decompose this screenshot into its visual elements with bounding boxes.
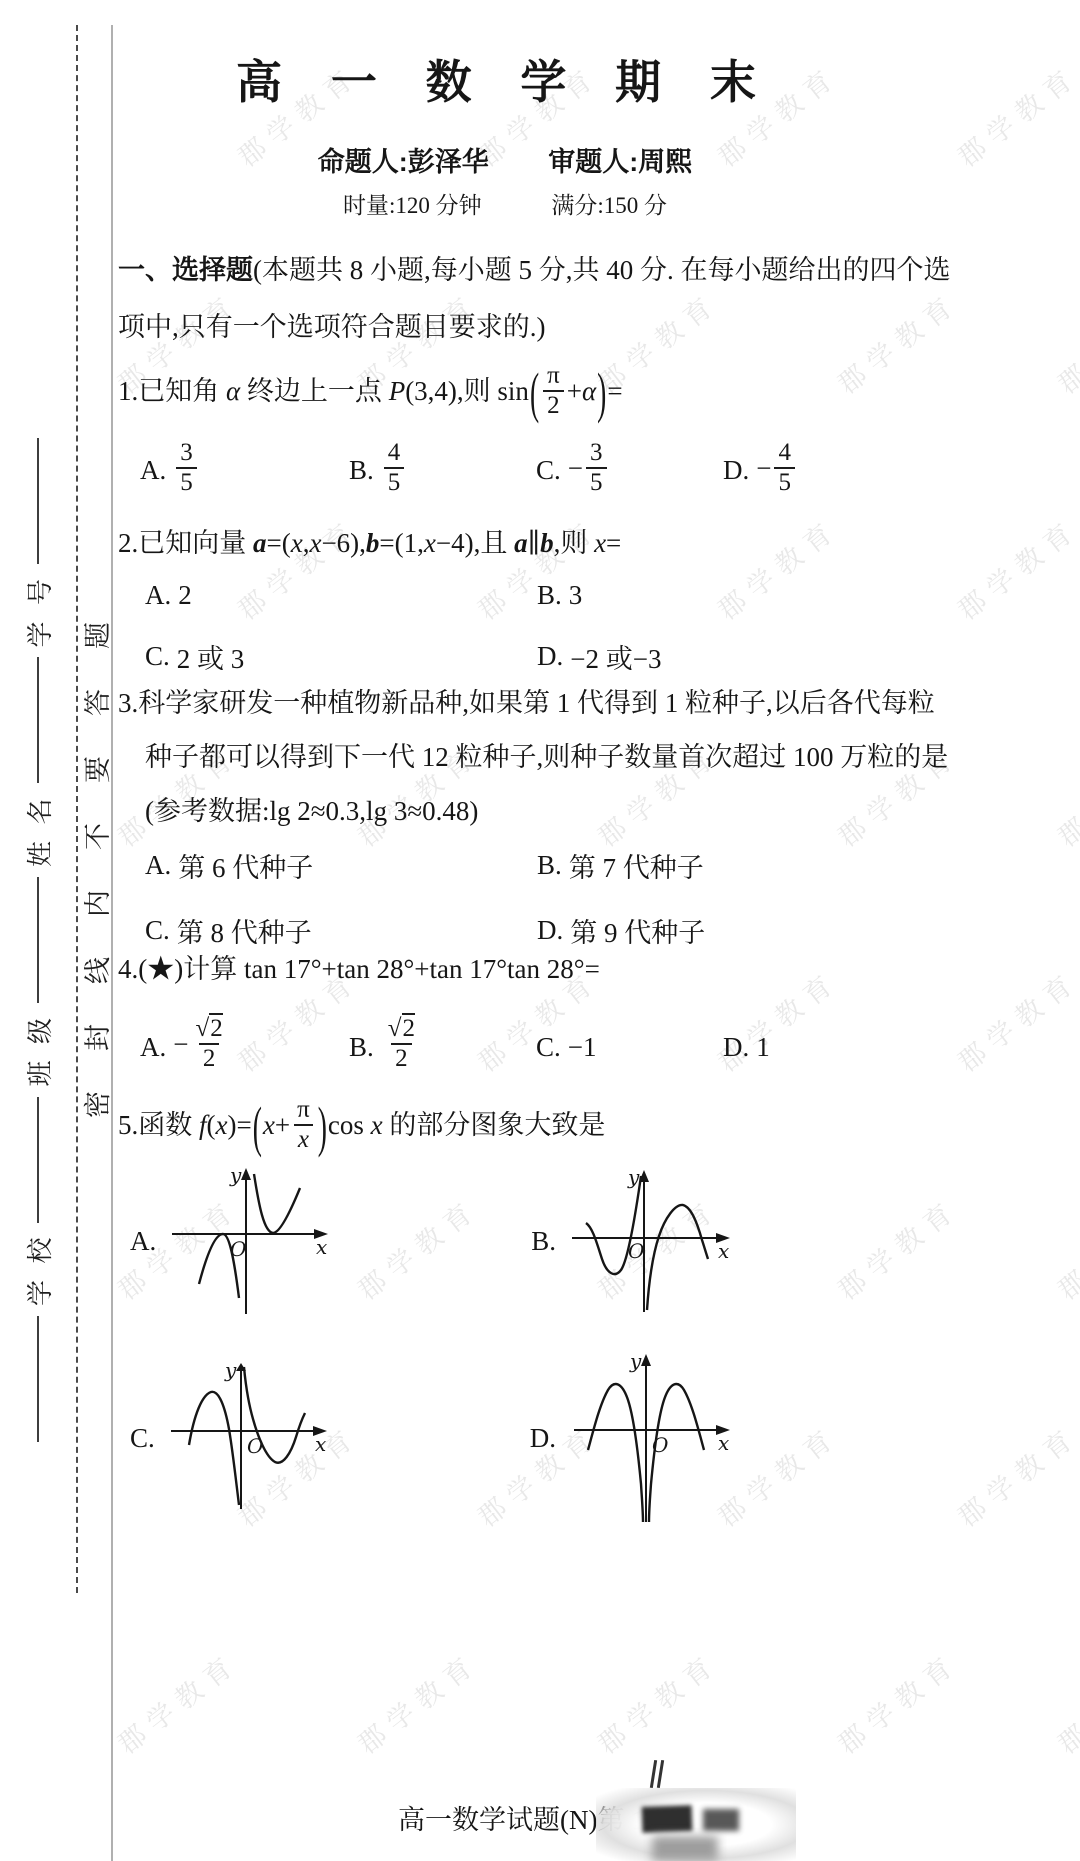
question-2-stem: 2.已知向量 a=(x,x−6),b=(1,x−4),且 a∥b,则 x=: [118, 520, 984, 566]
watermark-text: 郡学教育: [948, 1415, 1080, 1534]
question-3-line3: (参考数据:lg 2≈0.3,lg 3≈0.48): [118, 784, 984, 838]
svg-text:O: O: [247, 1434, 263, 1458]
question-3-line2: 种子都可以得到下一代 12 粒种子,则种子数量首次超过 100 万粒的是: [118, 730, 984, 784]
graph-c-plot: y x O: [165, 1363, 340, 1513]
exam-authors: 命题人:彭泽华 审题人:周熙: [0, 140, 1010, 179]
q1-option-b: B.45: [349, 442, 536, 500]
scan-tick-mark-2: [657, 1760, 664, 1788]
watermark-text: 郡学教育: [588, 1642, 725, 1761]
scan-gray-smear: [652, 1836, 718, 1861]
svg-text:y: y: [224, 1363, 237, 1382]
q4-option-d: D.1: [723, 1032, 984, 1063]
svg-text:x: x: [718, 1431, 729, 1455]
graph-b-plot: y x O: [566, 1166, 741, 1316]
q3-option-a: A.第 6 代种子: [145, 846, 537, 885]
svg-text:x: x: [315, 1432, 326, 1456]
q1-option-d: D.−45: [723, 442, 984, 500]
scan-tick-mark: [650, 1760, 657, 1788]
question-5: 5.函数 f(x)=(x+πx)cos x 的部分图象大致是: [118, 1086, 984, 1166]
q1-option-a: A.35: [140, 442, 349, 500]
student-info-field-label: 班 级: [20, 1013, 57, 1087]
q5-graph-option-b: B. y x O: [531, 1166, 741, 1316]
question-4-options: A.−√22 B.√22 C.−1 D.1: [118, 1018, 984, 1076]
page-title: 高 一 数 学 期 末: [0, 46, 1010, 112]
svg-text:y: y: [627, 1166, 640, 1189]
svg-text:y: y: [229, 1166, 242, 1187]
watermark-text: 郡学教育: [1048, 1188, 1080, 1307]
exam-meta: 时量:120 分钟 满分:150 分: [0, 187, 1010, 220]
watermark-text: 郡学教育: [1048, 735, 1080, 854]
scan-ink-mark-2: [703, 1809, 739, 1831]
student-info-fields: 学 校班 级姓 名学 号: [20, 300, 56, 1580]
question-1: 1.已知角 α 终边上一点 P(3,4),则 sin(π2+α)= A.35 B…: [118, 352, 984, 500]
reviewer-label: 审题人:周熙: [548, 147, 692, 177]
q2-option-b: B.3: [537, 580, 984, 611]
question-3-options: A.第 6 代种子 B.第 7 代种子 C.第 8 代种子 D.第 9 代种子: [118, 846, 984, 950]
student-info-field-label: 学 号: [20, 574, 57, 648]
watermark-text: 郡学教育: [1048, 1642, 1080, 1761]
q5-graph-option-a: A. y x O: [130, 1166, 341, 1316]
q2-option-c: C.2 或 3: [145, 637, 537, 676]
duration-label: 时量:120 分钟: [343, 193, 482, 218]
score-label: 满分:150 分: [551, 193, 667, 218]
student-info-field-label: 学 校: [20, 1233, 57, 1307]
section-heading-line2: 项中,只有一个选项符合题目要求的.): [118, 299, 984, 356]
question-1-options: A.35 B.45 C.−35 D.−45: [118, 442, 984, 500]
svg-text:x: x: [718, 1239, 729, 1263]
question-2: 2.已知向量 a=(x,x−6),b=(1,x−4),且 a∥b,则 x= A.…: [118, 520, 984, 676]
exam-page: 郡学教育郡学教育郡学教育郡学教育郡学教育郡学教育郡学教育郡学教育郡学教育郡学教育…: [0, 0, 1080, 1861]
svg-text:y: y: [629, 1352, 642, 1373]
q3-option-b: B.第 7 代种子: [537, 846, 984, 885]
question-2-options: A.2 B.3 C.2 或 3 D.−2 或−3: [118, 580, 984, 676]
q5-graph-row-2: C. y x O D. y x O: [130, 1352, 741, 1524]
q2-option-a: A.2: [145, 580, 537, 611]
q2-option-d: D.−2 或−3: [537, 637, 984, 676]
svg-text:x: x: [316, 1235, 327, 1259]
section-heading: 一、选择题(本题共 8 小题,每小题 5 分,共 40 分. 在每小题给出的四个…: [118, 242, 984, 356]
q5-graph-row-1: A. y x O B. y x O: [130, 1166, 741, 1316]
watermark-text: 郡学教育: [828, 1642, 965, 1761]
q4-option-b: B.√22: [349, 1018, 536, 1076]
question-4-stem: 4.(★)计算 tan 17°+tan 28°+tan 17°tan 28°=: [118, 946, 984, 992]
question-5-stem: 5.函数 f(x)=(x+πx)cos x 的部分图象大致是: [118, 1086, 984, 1166]
graph-a-plot: y x O: [166, 1166, 341, 1316]
scan-ink-mark: [642, 1805, 693, 1833]
student-info-field-label: 姓 名: [20, 793, 57, 867]
watermark-text: 郡学教育: [1048, 282, 1080, 401]
q4-option-c: C.−1: [536, 1032, 723, 1063]
watermark-text: 郡学教育: [348, 1642, 485, 1761]
q1-option-c: C.−35: [536, 442, 723, 500]
question-4: 4.(★)计算 tan 17°+tan 28°+tan 17°tan 28°= …: [118, 946, 984, 1076]
q3-option-d: D.第 9 代种子: [537, 911, 984, 950]
q5-graph-option-c: C. y x O: [130, 1352, 340, 1524]
graph-d-plot: y x O: [566, 1352, 741, 1524]
seal-text: 密封线内不要答题: [78, 550, 112, 1150]
q3-option-c: C.第 8 代种子: [145, 911, 537, 950]
watermark-text: 郡学教育: [108, 1642, 245, 1761]
section-heading-line1: 一、选择题(本题共 8 小题,每小题 5 分,共 40 分. 在每小题给出的四个…: [118, 242, 984, 299]
setter-label: 命题人:彭泽华: [318, 147, 489, 177]
question-3: 3.科学家研发一种植物新品种,如果第 1 代得到 1 粒种子,以后各代每粒 种子…: [118, 676, 984, 950]
question-3-line1: 3.科学家研发一种植物新品种,如果第 1 代得到 1 粒种子,以后各代每粒: [118, 676, 984, 730]
question-1-stem: 1.已知角 α 终边上一点 P(3,4),则 sin(π2+α)=: [118, 352, 984, 432]
watermark-text: 郡学教育: [828, 1188, 965, 1307]
q5-graph-option-d: D. y x O: [530, 1352, 741, 1524]
